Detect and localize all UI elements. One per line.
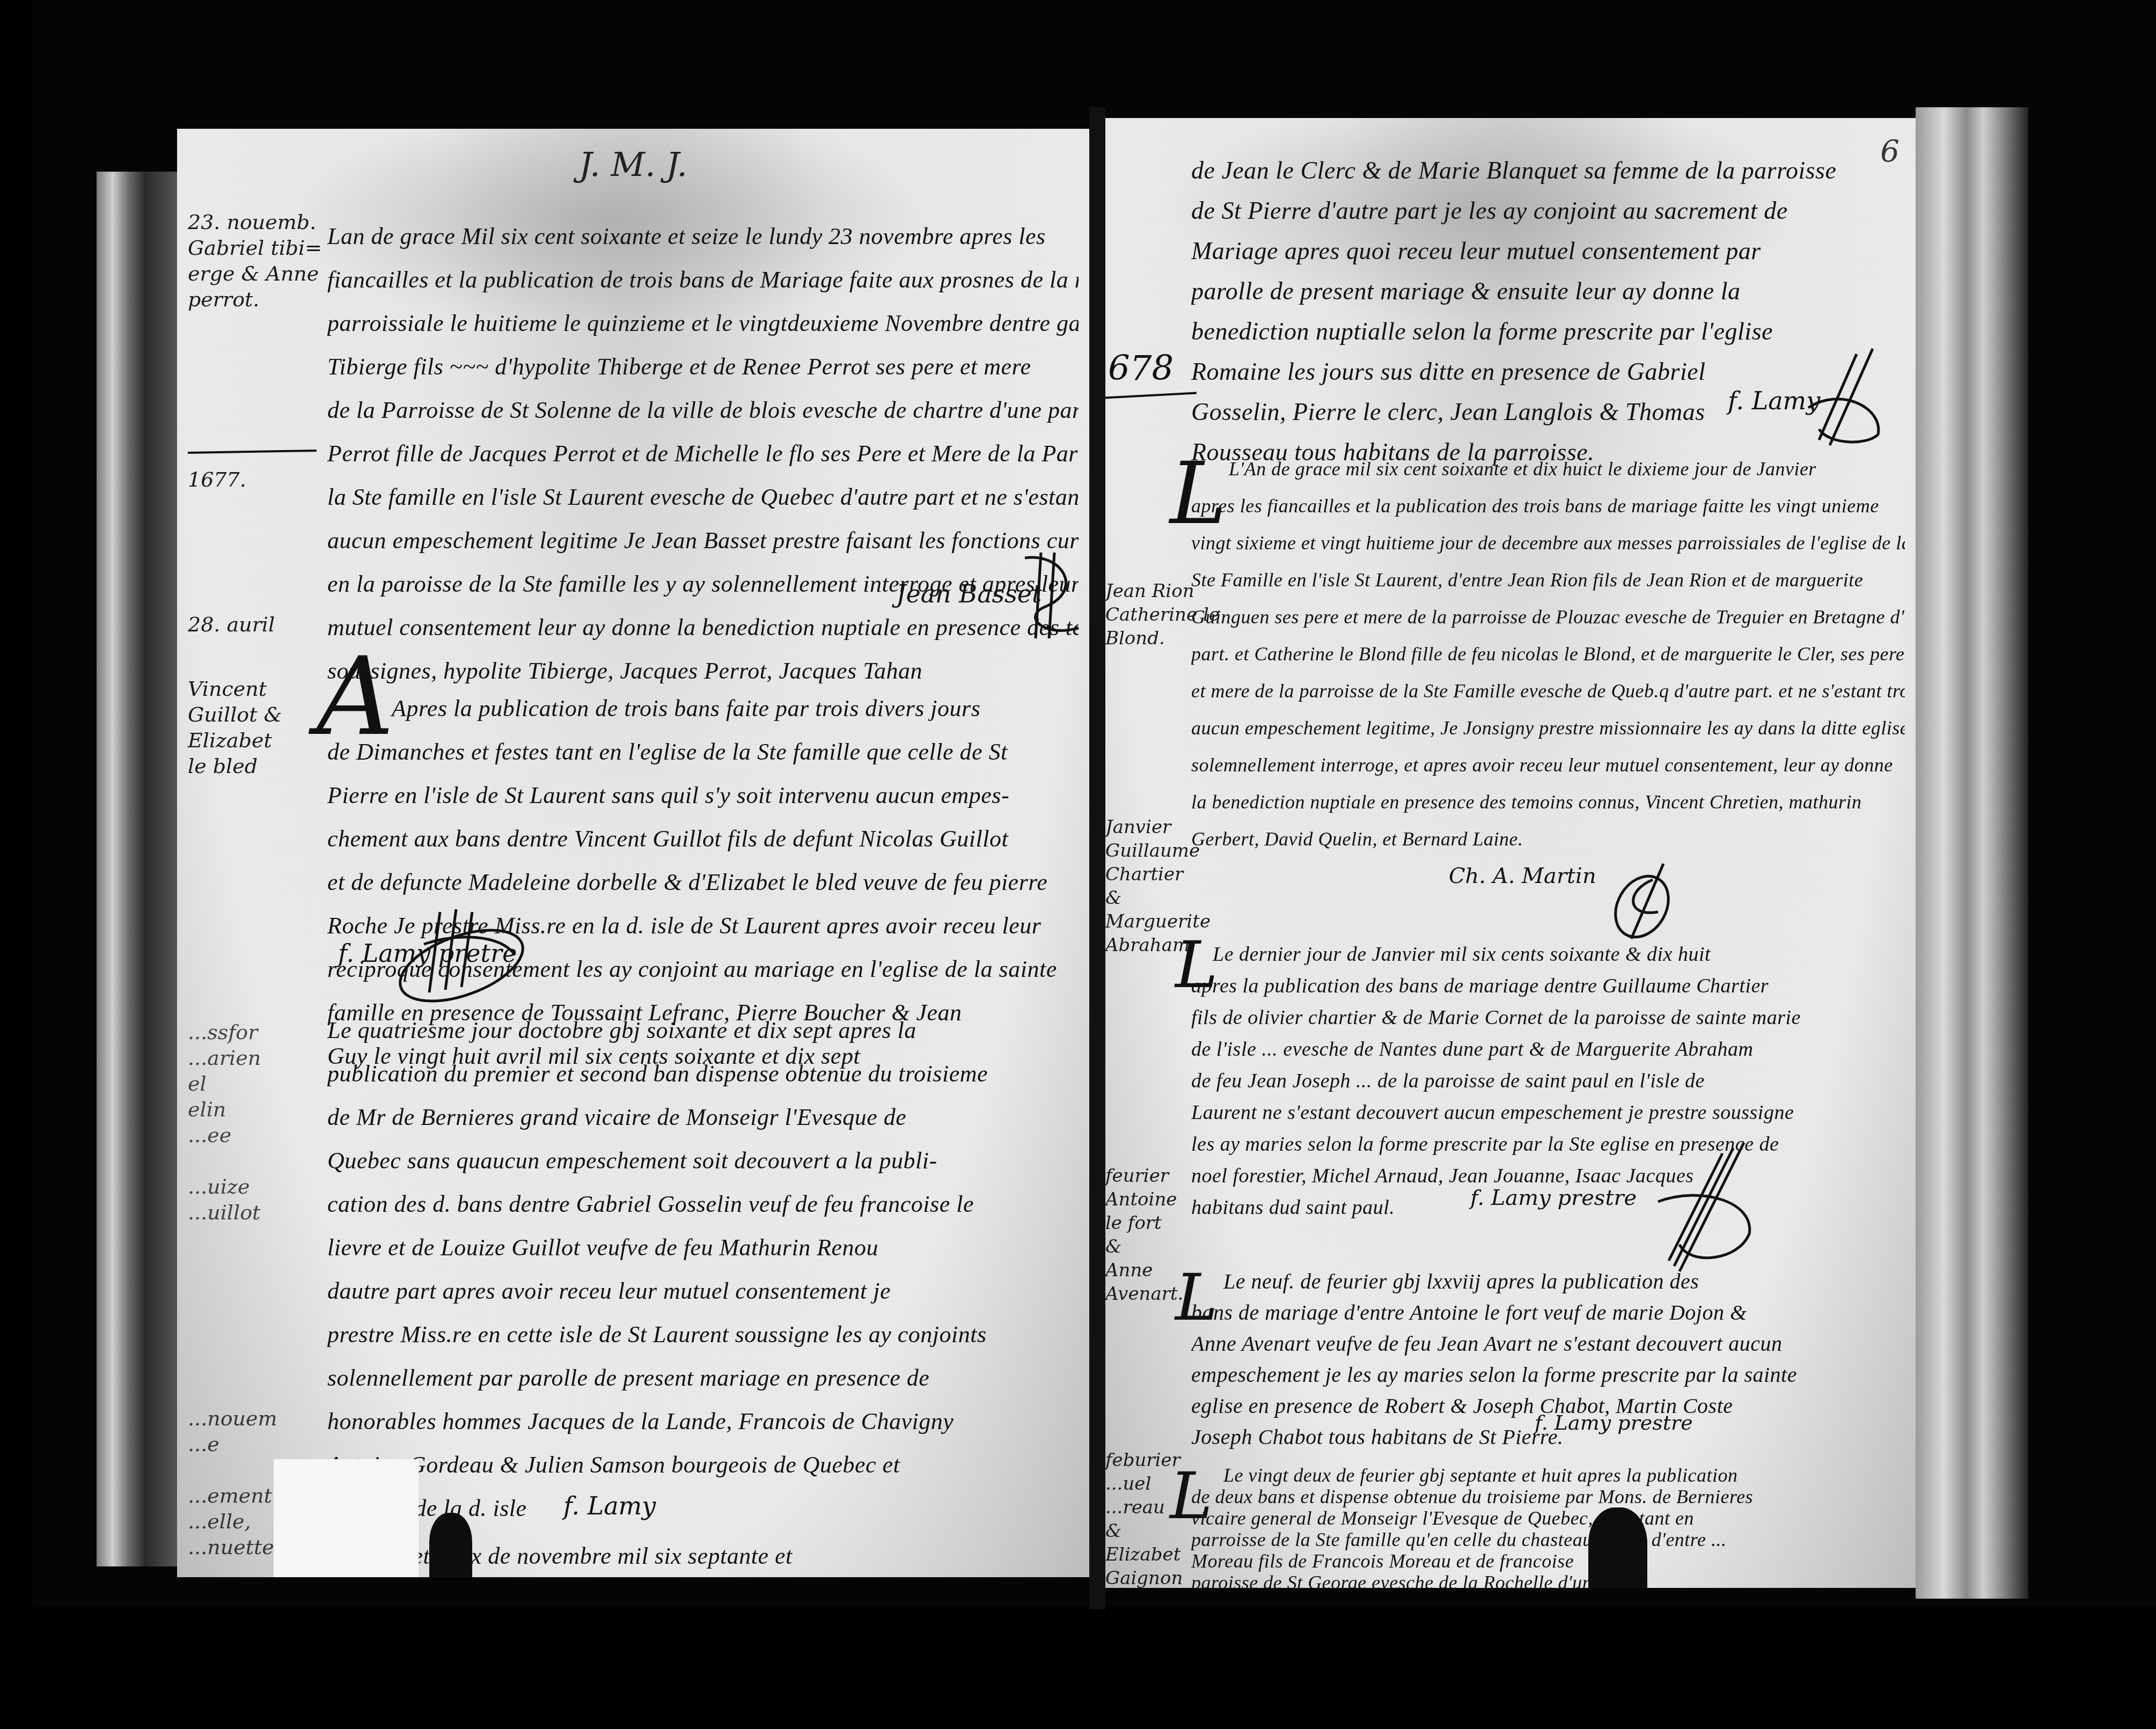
entry-line: Perrot fille de Jacques Perrot et de Mic… — [327, 432, 1079, 475]
margin-note: feurier Antoine le fort & Anne Avenart. — [1105, 1164, 1183, 1306]
entry-line: chement aux bans dentre Vincent Guillot … — [327, 817, 1079, 860]
year-mark: 678 — [1108, 349, 1174, 388]
page-stack-left — [97, 172, 177, 1566]
register-entry: Le vingt deux de feurier gbj septante et… — [1191, 1465, 1905, 1588]
signature: f. Lamy — [563, 1491, 656, 1520]
entry-line: Moreau fils de Francois Moreau et de fra… — [1191, 1550, 1905, 1572]
margin-divider — [1105, 392, 1197, 399]
margin-note-year: 1677. — [188, 467, 246, 492]
signature-flourish-icon — [1014, 547, 1089, 644]
entry-line: apres les fiancailles et la publication … — [1191, 488, 1905, 525]
entry-line: fils de olivier chartier & de Marie Corn… — [1191, 1002, 1905, 1034]
entry-line: solennellement par parolle de present ma… — [327, 1356, 1079, 1400]
signature-flourish-icon — [1610, 858, 1685, 944]
entry-line: aucun empeschement legitime, Je Jonsigny… — [1191, 710, 1905, 747]
folio-header: J. M. J. — [579, 145, 687, 184]
entry-line: empeschement je les ay maries selon la f… — [1191, 1359, 1905, 1390]
entry-line: mutuel consentement leur ay donne la ben… — [327, 606, 1079, 649]
entry-line: solemnellement interroge, et apres avoir… — [1191, 747, 1905, 784]
film-border-left — [0, 0, 32, 1729]
film-border-bottom — [0, 1606, 2156, 1729]
book-gutter — [1089, 107, 1105, 1609]
entry-line: publication du premier et second ban dis… — [327, 1052, 1079, 1095]
signature: f. Lamy prestre — [1535, 1411, 1693, 1434]
signature-flourish-icon — [1798, 343, 1894, 451]
margin-note: Vincent Guillot & Elizabet le bled — [188, 676, 282, 779]
entry-line: de Jean le Clerc & de Marie Blanquet sa … — [1191, 150, 1905, 190]
signature: f. Lamy prestre — [1470, 1186, 1637, 1210]
entry-line: cation des d. bans dentre Gabriel Gossel… — [327, 1182, 1079, 1226]
entry-line: la benediction nuptiale en presence des … — [1191, 784, 1905, 821]
entry-line: Guinguen ses pere et mere de la parroiss… — [1191, 599, 1905, 636]
entry-line: Gerbert, David Quelin, et Bernard Laine. — [1191, 821, 1905, 858]
signature: Ch. A. Martin — [1449, 864, 1596, 888]
entry-line: Ste Famille en l'isle St Laurent, d'entr… — [1191, 562, 1905, 599]
right-page: 6 678 Jean Rion Catherine le Blond. Janv… — [1105, 118, 1916, 1588]
open-register-book: J. M. J. 23. nouemb. Gabriel tibi= erge … — [97, 107, 2028, 1609]
entry-line: parroissiale le huitieme le quinzieme et… — [327, 301, 1079, 345]
entry-line: Tibierge fils ~~~ d'hypolite Thiberge et… — [327, 345, 1079, 388]
entry-line: L'An de grace mil six cent soixante et d… — [1191, 451, 1905, 488]
margin-note-damaged: ...ssfor ...arien el elin ...ee ...uize … — [188, 1019, 261, 1225]
page-tear — [429, 1513, 472, 1577]
entry-line: Apres la publication de trois bans faite… — [327, 687, 1079, 730]
torn-page-area — [274, 1459, 419, 1577]
register-entry: Lan de grace Mil six cent soixante et se… — [327, 215, 1079, 693]
signature-flourish-icon — [1647, 1137, 1765, 1277]
entry-line: dautre part apres avoir receu leur mutue… — [327, 1269, 1079, 1313]
entry-line: soussignes, hypolite Tibierge, Jacques P… — [327, 649, 1079, 693]
margin-note: 23. nouemb. Gabriel tibi= erge & Anne pe… — [188, 209, 322, 312]
entry-line: les ay maries selon la forme prescrite p… — [1191, 1129, 1905, 1160]
left-page: J. M. J. 23. nouemb. Gabriel tibi= erge … — [177, 129, 1089, 1577]
entry-line: Le quatriesme jour doctobre gbj soixante… — [327, 1009, 1079, 1052]
register-entry: Le dernier jour de Janvier mil six cents… — [1191, 939, 1905, 1224]
page-stack-right — [1916, 107, 2028, 1599]
entry-line: part. et Catherine le Blond fille de feu… — [1191, 636, 1905, 673]
page-tear — [1588, 1507, 1647, 1588]
entry-line: fiancailles et la publication de trois b… — [327, 258, 1079, 301]
entry-line: Mariage apres quoi receu leur mutuel con… — [1191, 231, 1905, 271]
entry-line: Pierre en l'isle de St Laurent sans quil… — [327, 774, 1079, 817]
entry-line: lievre et de Louize Guillot veufve de fe… — [327, 1226, 1079, 1269]
entry-line: paroisse de St George evesche de la Roch… — [1191, 1572, 1905, 1588]
entry-line: parroisse de la Ste famille qu'en celle … — [1191, 1529, 1905, 1550]
entry-line: vicaire general de Monseigr l'Evesque de… — [1191, 1507, 1905, 1529]
entry-line: Lan de grace Mil six cent soixante et se… — [327, 215, 1079, 258]
entry-line: Le neuf. de feurier gbj lxxviij apres la… — [1191, 1266, 1905, 1297]
entry-line: aucun empeschement legitime Je Jean Bass… — [327, 519, 1079, 562]
signature-flourish-icon — [392, 901, 531, 1003]
entry-line: de deux bans et dispense obtenue du troi… — [1191, 1486, 1905, 1507]
entry-line: de la Parroisse de St Solenne de la vill… — [327, 388, 1079, 432]
register-entry: Le quatriesme jour doctobre gbj soixante… — [327, 1009, 1079, 1530]
entry-line: de Mr de Bernieres grand vicaire de Mons… — [327, 1095, 1079, 1139]
entry-line: de feu Jean Joseph ... de la paroisse de… — [1191, 1065, 1905, 1097]
entry-line: parolle de present mariage & ensuite leu… — [1191, 271, 1905, 311]
entry-line: Quebec sans quaucun empeschement soit de… — [327, 1139, 1079, 1182]
register-entry: L'An de grace mil six cent soixante et d… — [1191, 451, 1905, 858]
entry-line: prestre Miss.re en cette isle de St Laur… — [327, 1313, 1079, 1356]
margin-note: 28. auril — [188, 612, 275, 637]
entry-line: et mere de la parroisse de la Ste Famill… — [1191, 673, 1905, 710]
entry-line: Laurent ne s'estant decouvert aucun empe… — [1191, 1097, 1905, 1129]
entry-line: apres la publication des bans de mariage… — [1191, 970, 1905, 1002]
entry-line: Anne Avenart veufve de feu Jean Avart ne… — [1191, 1328, 1905, 1359]
entry-line: de St Pierre d'autre part je les ay conj… — [1191, 190, 1905, 231]
entry-line: vingt sixieme et vingt huitieme jour de … — [1191, 525, 1905, 562]
entry-line: Le dernier jour de Janvier mil six cents… — [1191, 939, 1905, 970]
entry-line: et de defuncte Madeleine dorbelle & d'El… — [327, 860, 1079, 904]
entry-line: bans de mariage d'entre Antoine le fort … — [1191, 1297, 1905, 1328]
entry-line: Le vingt deux de feurier gbj septante et… — [1191, 1465, 1905, 1486]
entry-line: honorables hommes Jacques de la Lande, F… — [327, 1400, 1079, 1443]
entry-line: Antoine Gordeau & Julien Samson bourgeoi… — [327, 1443, 1079, 1487]
entry-line: la Ste famille en l'isle St Laurent eves… — [327, 475, 1079, 519]
margin-divider — [188, 450, 317, 454]
entry-line: de Dimanches et festes tant en l'eglise … — [327, 730, 1079, 774]
entry-line: de l'isle ... evesche de Nantes dune par… — [1191, 1034, 1905, 1065]
